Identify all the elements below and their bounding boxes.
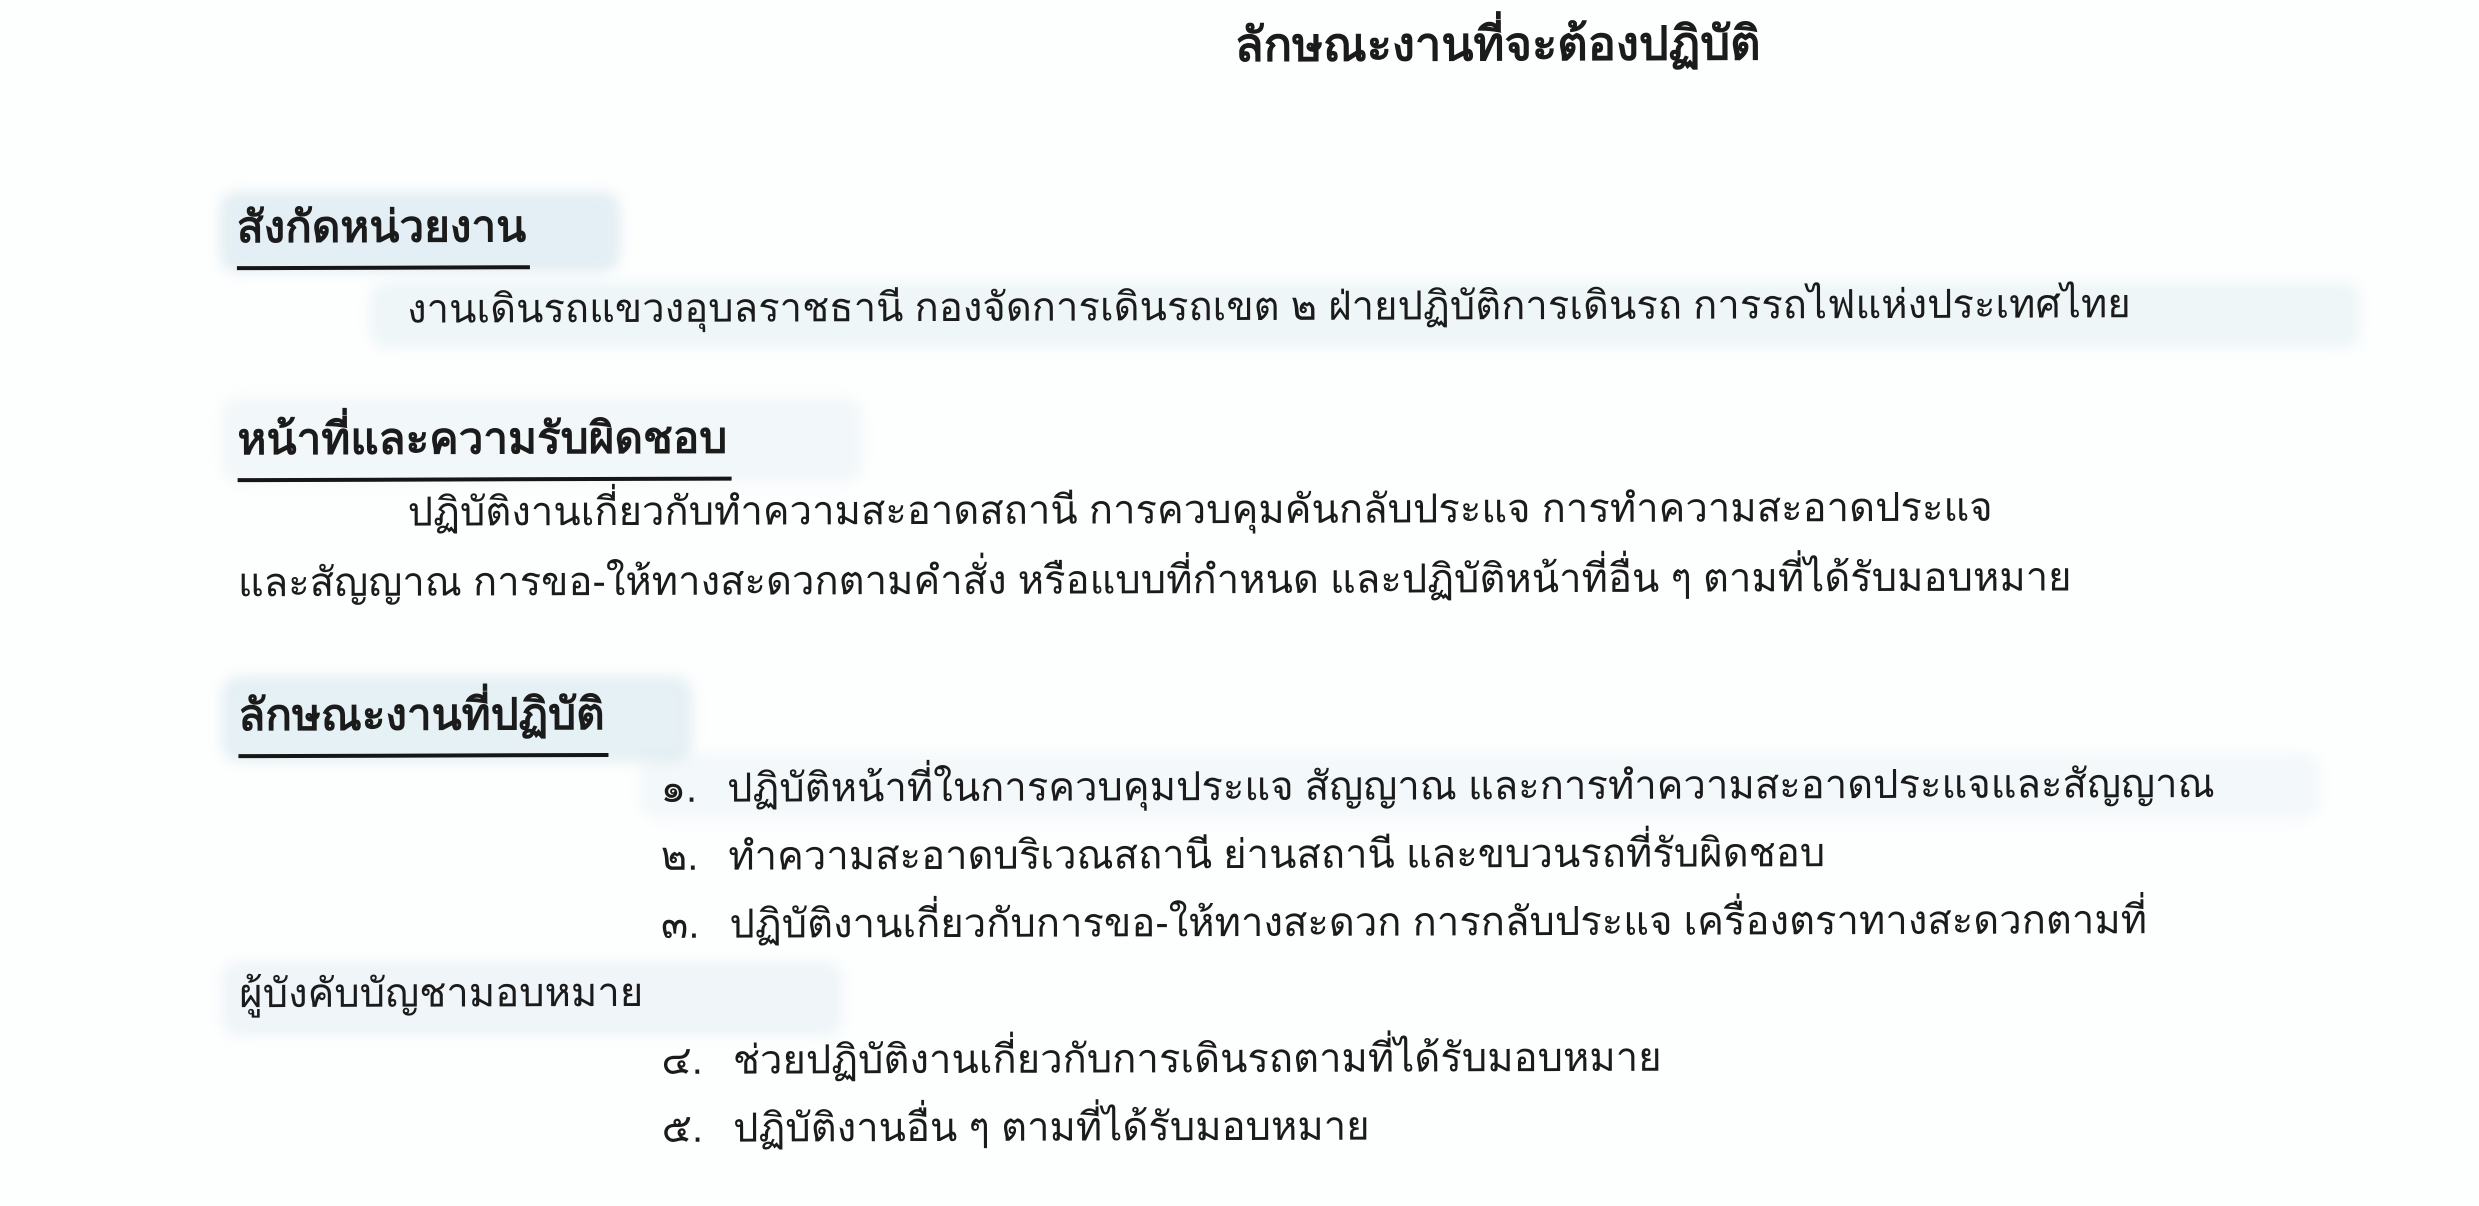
job-duty-text-continuation: ผู้บังคับบัญชามอบหมาย — [239, 953, 2420, 1028]
job-duty-text: ปฏิบัติงานเกี่ยวกับการขอ-ให้ทางสะดวก การ… — [729, 898, 2147, 946]
document-content: ลักษณะงานที่จะต้องปฏิบัติ สังกัดหน่วยงาน… — [0, 0, 2479, 1206]
job-duty-item-5: ๕.ปฏิบัติงานอื่น ๆ ตามที่ได้รับมอบหมาย — [240, 1089, 2421, 1164]
section-duties-heading-text: หน้าที่และความรับผิดชอบ — [237, 404, 731, 483]
scanned-document-page: ลักษณะงานที่จะต้องปฏิบัติ สังกัดหน่วยงาน… — [0, 0, 2479, 1206]
body-line: และสัญญาณ การขอ-ให้ทางสะดวกตามคำสั่ง หรื… — [238, 541, 2419, 618]
body-line: งานเดินรถแขวงอุบลราชธานี กองจัดการเดินรถ… — [237, 268, 2418, 345]
document-title: ลักษณะงานที่จะต้องปฏิบัติ — [518, 0, 2477, 92]
section-affiliation-heading-text: สังกัดหน่วยงาน — [237, 192, 531, 270]
job-duty-text-line: ๓.ปฏิบัติงานเกี่ยวกับการขอ-ให้ทางสะดวก ก… — [239, 885, 2420, 960]
thai-numeral: ๔. — [661, 1039, 703, 1083]
thai-numeral: ๓. — [661, 903, 700, 947]
section-duties-body: ปฏิบัติงานเกี่ยวกับทำความสะอาดสถานี การค… — [238, 471, 2419, 618]
section-affiliation-body: งานเดินรถแขวงอุบลราชธานี กองจัดการเดินรถ… — [237, 268, 2418, 345]
job-duty-text: ช่วยปฏิบัติงานเกี่ยวกับการเดินรถตามที่ได… — [733, 1036, 1662, 1083]
job-duty-item-1: ๑.ปฏิบัติหน้าที่ในการควบคุมประแจ สัญญาณ … — [238, 749, 2419, 824]
job-duty-text: ปฏิบัติงานอื่น ๆ ตามที่ได้รับมอบหมาย — [733, 1105, 1370, 1151]
job-duty-item-2: ๒.ทำความสะอาดบริเวณสถานี ย่านสถานี และขบ… — [239, 817, 2420, 892]
job-duty-item-3: ๓.ปฏิบัติงานเกี่ยวกับการขอ-ให้ทางสะดวก ก… — [239, 885, 2420, 1028]
job-duty-list: ๑.ปฏิบัติหน้าที่ในการควบคุมประแจ สัญญาณ … — [238, 749, 2420, 1164]
thai-numeral: ๕. — [662, 1107, 704, 1151]
section-duties-heading: หน้าที่และความรับผิดชอบ — [237, 404, 731, 483]
thai-numeral: ๒. — [661, 835, 699, 879]
thai-numeral: ๑. — [661, 767, 698, 811]
section-job-description-heading-text: ลักษณะงานที่ปฏิบัติ — [238, 680, 609, 758]
section-job-description-heading: ลักษณะงานที่ปฏิบัติ — [238, 680, 609, 758]
job-duty-text: ทำความสะอาดบริเวณสถานี ย่านสถานี และขบวน… — [728, 831, 1825, 878]
section-affiliation-heading: สังกัดหน่วยงาน — [237, 192, 531, 270]
job-duty-item-4: ๔.ช่วยปฏิบัติงานเกี่ยวกับการเดินรถตามที่… — [239, 1021, 2420, 1096]
body-line: ปฏิบัติงานเกี่ยวกับทำความสะอาดสถานี การค… — [238, 471, 2419, 548]
job-duty-text: ปฏิบัติหน้าที่ในการควบคุมประแจ สัญญาณ แล… — [727, 762, 2215, 811]
